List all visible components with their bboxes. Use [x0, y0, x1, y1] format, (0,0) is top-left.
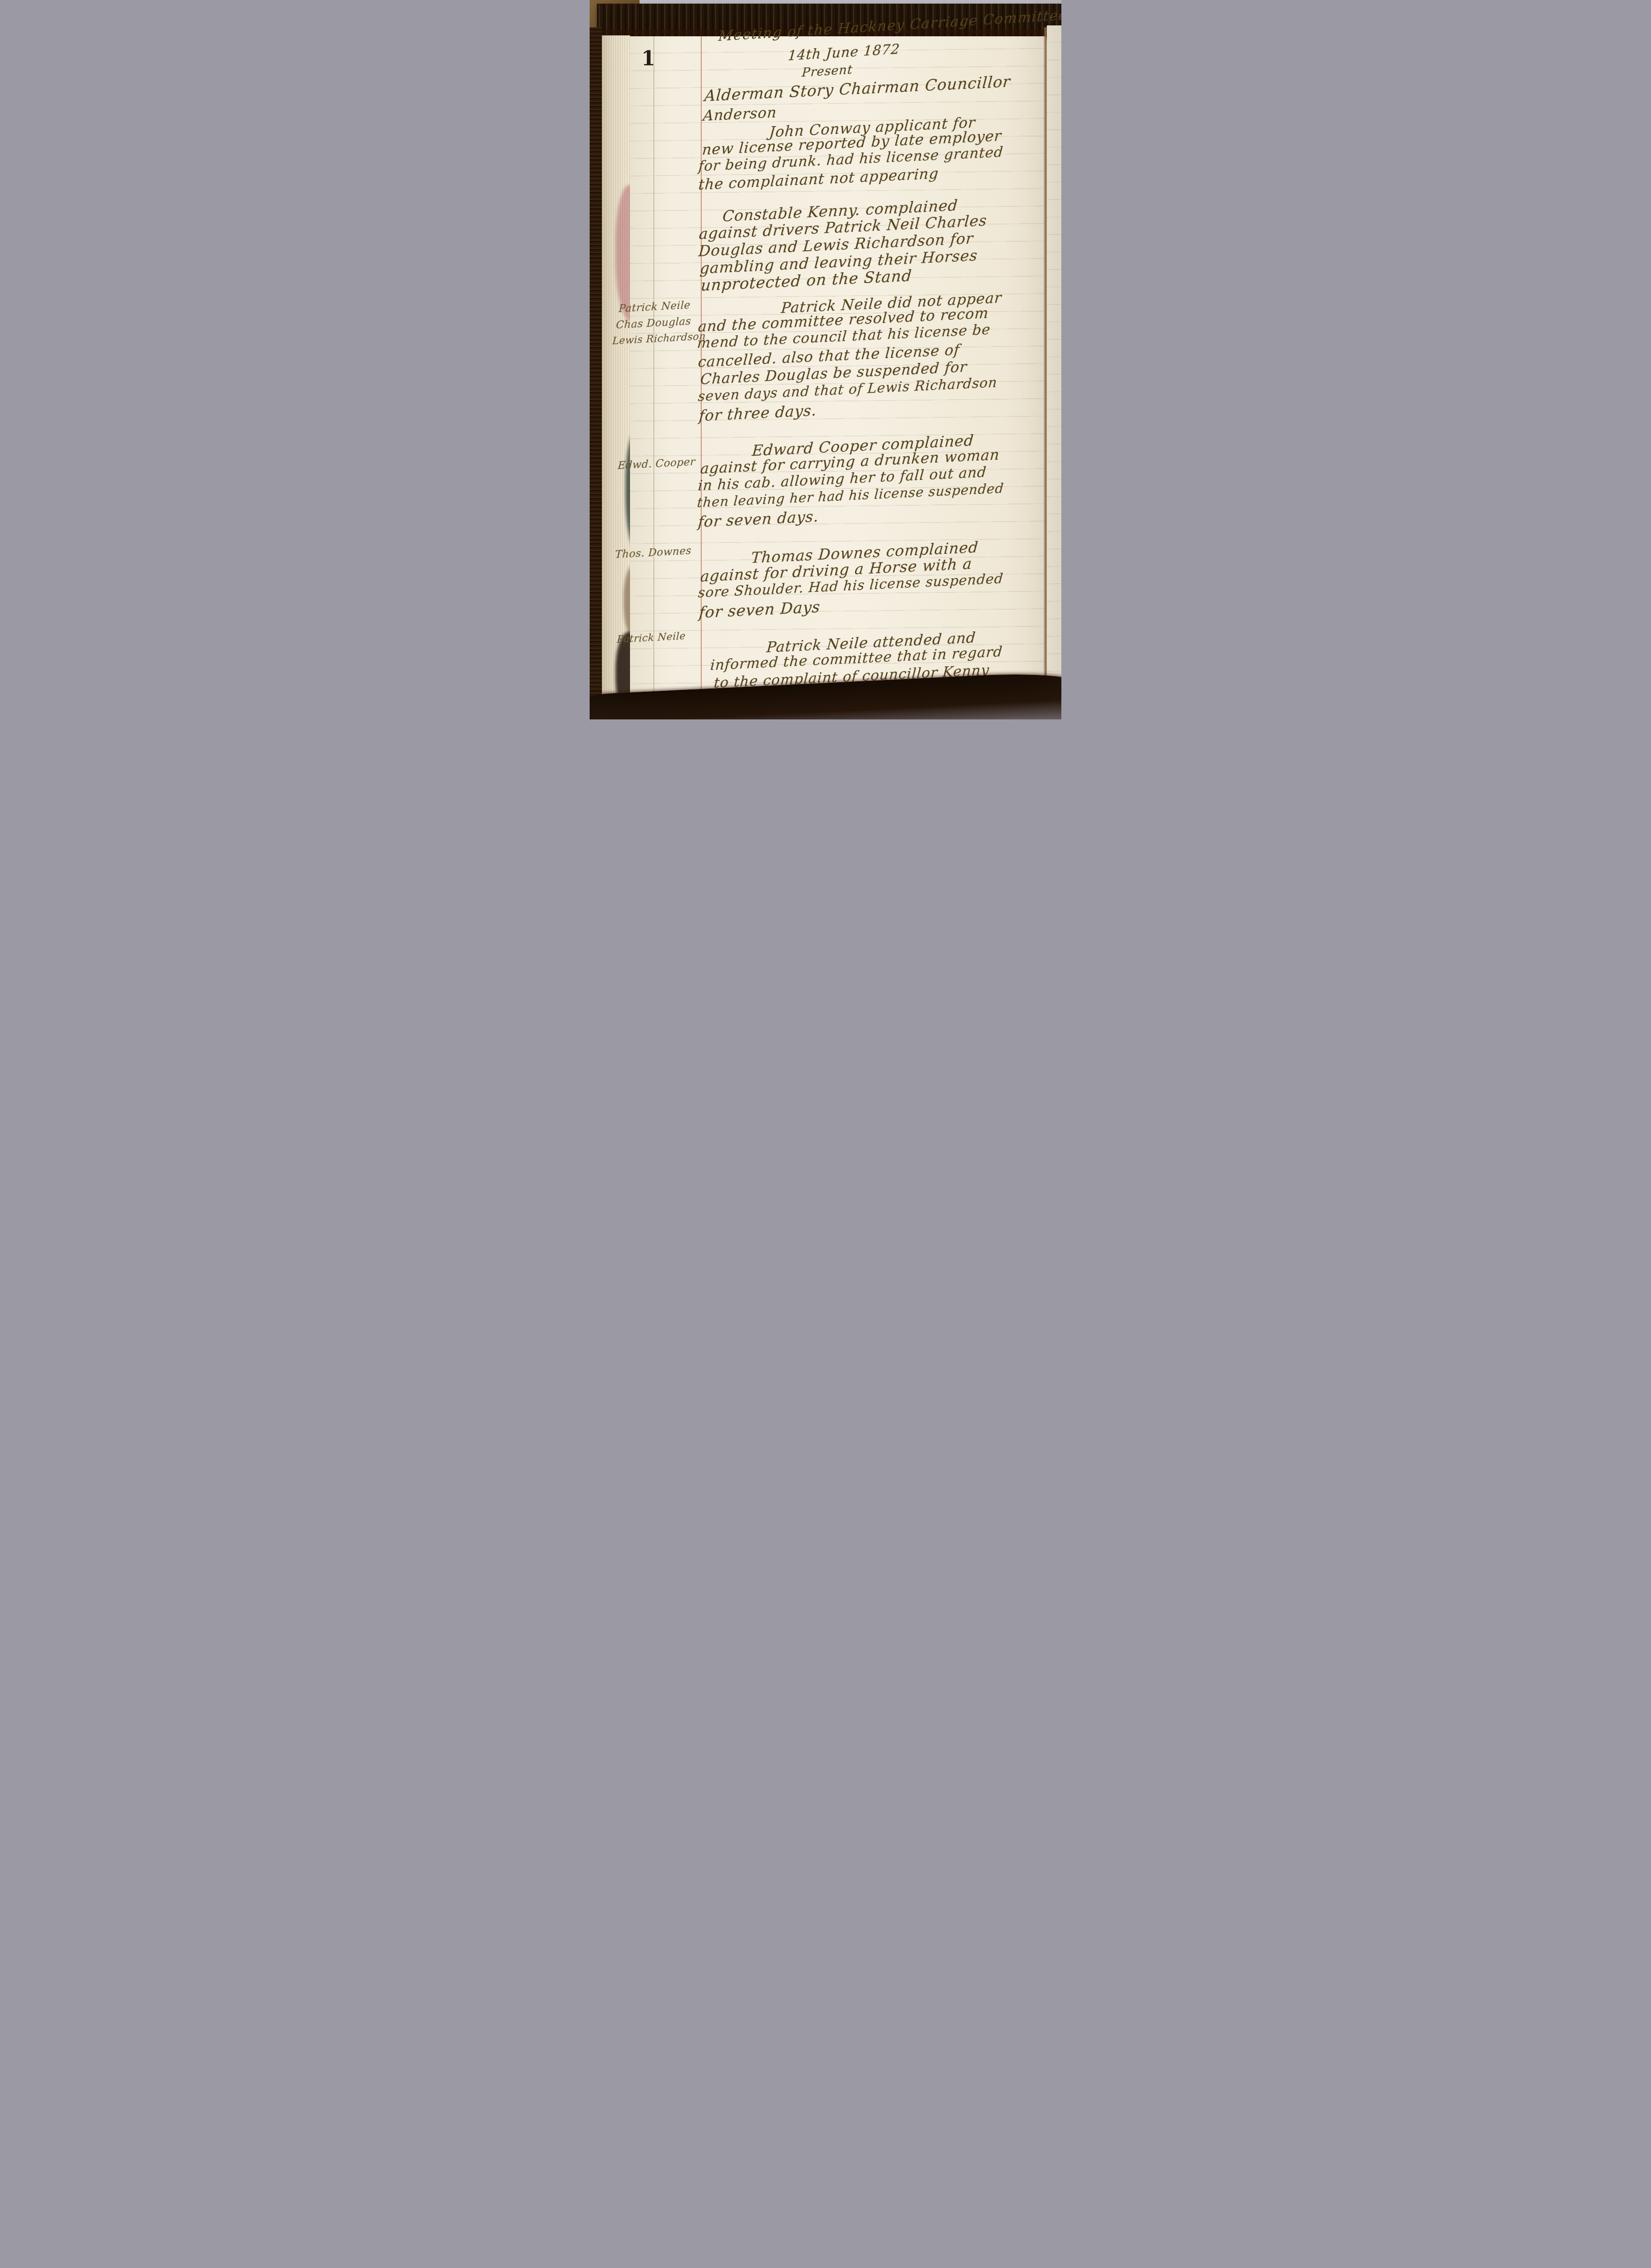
photo-backdrop: 1 Meeting of the Hackney Carriage Commit…	[590, 0, 1061, 719]
body-line: Anderson	[703, 103, 777, 124]
page-edges	[602, 35, 630, 707]
page-number: 1	[641, 47, 656, 70]
page-crease	[653, 36, 655, 699]
book-spine-edge	[590, 27, 602, 719]
facing-page-sliver	[1047, 25, 1061, 701]
